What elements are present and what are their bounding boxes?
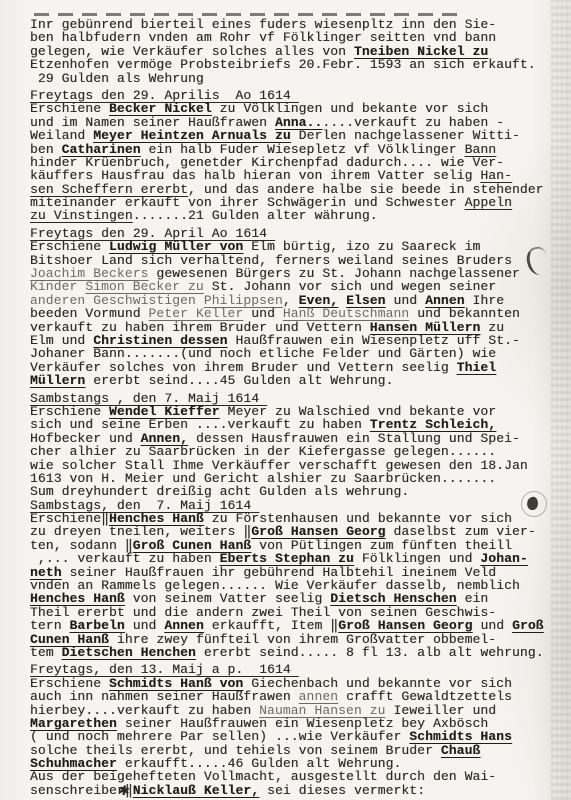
text-segment: .......21 Gulden alter währung. bbox=[133, 208, 378, 223]
text-line: Erschiene Wendel Kieffer Meyer zu Walsch… bbox=[30, 405, 560, 418]
text-line: anderen Geschwistigen Philippsen, Even, … bbox=[30, 294, 560, 307]
text-line: Erschiene Becker Nickel zu Völklingen un… bbox=[30, 102, 560, 115]
text-segment: tem bbox=[30, 645, 62, 660]
text-line: Erschiene Schmidts Hanß von Giechenbach … bbox=[30, 677, 560, 690]
text-line: vnden an Rammels gelegen...... Wie Verkä… bbox=[30, 579, 560, 592]
text-line: hierbey....verkauft zu haben Nauman Hans… bbox=[30, 704, 560, 717]
text-line: sen Scheffern ererbt, und das andere hal… bbox=[30, 183, 560, 196]
text-line: Cunen Hanß ihre zwey fünfteil von ihrem … bbox=[30, 633, 560, 646]
text-line: hinder Krüenbruch, genetder Kirchenpfad … bbox=[30, 156, 560, 169]
underlined-name: Nicklauß Keller, bbox=[133, 783, 259, 798]
text-line: beeden Vormund Peter Keller und Hanß Deu… bbox=[30, 307, 560, 320]
text-line: miteinander erkauft von ihrer Schwägerin… bbox=[30, 196, 560, 209]
text-line: cher alhier zu Saarbrücken in der Kiefer… bbox=[30, 445, 560, 458]
text-line: auch inn nahmen seiner Haußfrawen annen … bbox=[30, 690, 560, 703]
text-line: zu Vinstingen.......21 Gulden alter währ… bbox=[30, 209, 560, 222]
text-line: Joachim Beckers gewesenen Bürgers zu St.… bbox=[30, 267, 560, 280]
text-line: ben halbfudern vnden am Rohr vf Fölkling… bbox=[30, 31, 560, 44]
text-line: verkauft zu haben ihrem Bruder und Vette… bbox=[30, 321, 560, 334]
text-line: tem Dietschen Henchen ererbt seind..... … bbox=[30, 646, 560, 659]
text-line: ( und noch mehrere Par sellen) ...wie Ve… bbox=[30, 730, 560, 743]
text-line: Erschiene‖Henches Hanß zu Förstenhausen … bbox=[30, 512, 560, 525]
text-line: Johaner Bann.......(und noch etliche Fel… bbox=[30, 347, 560, 360]
text-line: ten, sodann ‖Groß Cunen Hanß von Pütling… bbox=[30, 539, 560, 552]
date-heading: Freytags den 29. Aprilis Ao 1614 bbox=[30, 89, 560, 102]
date-heading: Sambstangs , den 7. Maij 1614 bbox=[30, 392, 560, 405]
text-line: Schuhmacher erkaufft.....46 Gulden alt W… bbox=[30, 757, 560, 770]
text-line: ,... verkauft zu haben Eberts Stephan zu… bbox=[30, 552, 560, 565]
text-segment: ererbt seind....45 Gulden alt Wehrung. bbox=[85, 373, 393, 388]
text-segment: ererbt seind..... 8 fl 13. alb alt wehru… bbox=[196, 645, 544, 660]
text-line: Verkäufer solches von ihrem Bruder und V… bbox=[30, 361, 560, 374]
text-line: Erschiene Ludwig Müller von Elm bürtig, … bbox=[30, 240, 560, 253]
text-line: Inr gebünrend bierteil eines fuders wies… bbox=[30, 18, 560, 31]
text-line: Bitshoer Land sich verhaltend, ferners w… bbox=[30, 254, 560, 267]
underlined-name: Thiel bbox=[457, 360, 497, 375]
text-line: ben Catharinen ein halb Fuder Wiesepletz… bbox=[30, 143, 560, 156]
underlined-name: Groß bbox=[512, 618, 544, 633]
text-line: gelegen, wie Verkäufer solches alles von… bbox=[30, 45, 560, 58]
underlined-name: Dietschen Henchen bbox=[62, 645, 196, 660]
text-line: Weiland Meyer Heintzen Arnuals zu Derlen… bbox=[30, 129, 560, 142]
underlined-name: Chauß bbox=[441, 743, 481, 758]
text-line: neth seiner Haußfrauen ihr gebührend Hal… bbox=[30, 566, 560, 579]
text-line: käuffers Hausfrau das halb hieran von ih… bbox=[30, 169, 560, 182]
text-line: Kinder Simon Becker zu St. Johann vor si… bbox=[30, 280, 560, 293]
cutoff-line-artifact bbox=[34, 13, 466, 16]
text-line: Müllern ererbt seind....45 Gulden alt We… bbox=[30, 374, 560, 387]
text-line: solche theils ererbt, und tehiels von se… bbox=[30, 744, 560, 757]
underlined-name: zu Vinstingen bbox=[30, 208, 133, 223]
date-heading: Freytags, den 13. Maij a p. 1614 bbox=[30, 663, 560, 676]
document-body: Inr gebünrend bierteil eines fuders wies… bbox=[30, 18, 560, 797]
text-line: tern Barbeln und Annen erkaufft, Item ‖G… bbox=[30, 619, 560, 632]
text-segment: 29 Gulden als Wehrung bbox=[30, 71, 204, 86]
text-line: sich und seine Erben ....verkauft zu hab… bbox=[30, 418, 560, 431]
text-line: Henches Hanß von seinem Vatter seelig Di… bbox=[30, 592, 560, 605]
text-line: Aus der beigehefteten Vollmacht, ausgest… bbox=[30, 770, 560, 783]
text-line: Theil ererbt und die andern zwei Theil v… bbox=[30, 606, 560, 619]
underlined-name: Appeln bbox=[465, 195, 512, 210]
underlined-name: Müllern bbox=[30, 373, 85, 388]
text-line: 1613 von H. Meier und Gericht alshier zu… bbox=[30, 472, 560, 485]
date-heading: Sambstags, den 7. Maij 1614 bbox=[30, 499, 560, 512]
text-segment: sei dieses vermerkt: bbox=[259, 783, 425, 798]
text-line: Elm und Christinen dessen Haußfrauwen ei… bbox=[30, 334, 560, 347]
date-heading: Freytags den 29. April Ao 1614 bbox=[30, 227, 560, 240]
text-line: und im Namen seiner Haußfrawen Anna.....… bbox=[30, 116, 560, 129]
text-line: Margarethen seiner Haußfrauwen ein Wiese… bbox=[30, 717, 560, 730]
text-line: zu dreyen tneilen, weiters ‖Groß Hansen … bbox=[30, 525, 560, 538]
text-line: Sum dreyhundert dreißig acht Gulden als … bbox=[30, 485, 560, 498]
text-line: Etzenhofen vermöge Probsteibriefs 20.Feb… bbox=[30, 58, 560, 71]
scanned-page: { "page": { "background": "#f5f4f0", "in… bbox=[0, 0, 571, 800]
text-line: senschreiber‖Nicklauß Keller, sei dieses… bbox=[30, 784, 560, 797]
text-line: Hofbecker und Annen, dessen Hausfrauwen … bbox=[30, 432, 560, 445]
text-line: wie solcher Stall Ihme Verkäuffer versch… bbox=[30, 459, 560, 472]
text-line: 29 Gulden als Wehrung bbox=[30, 72, 560, 85]
